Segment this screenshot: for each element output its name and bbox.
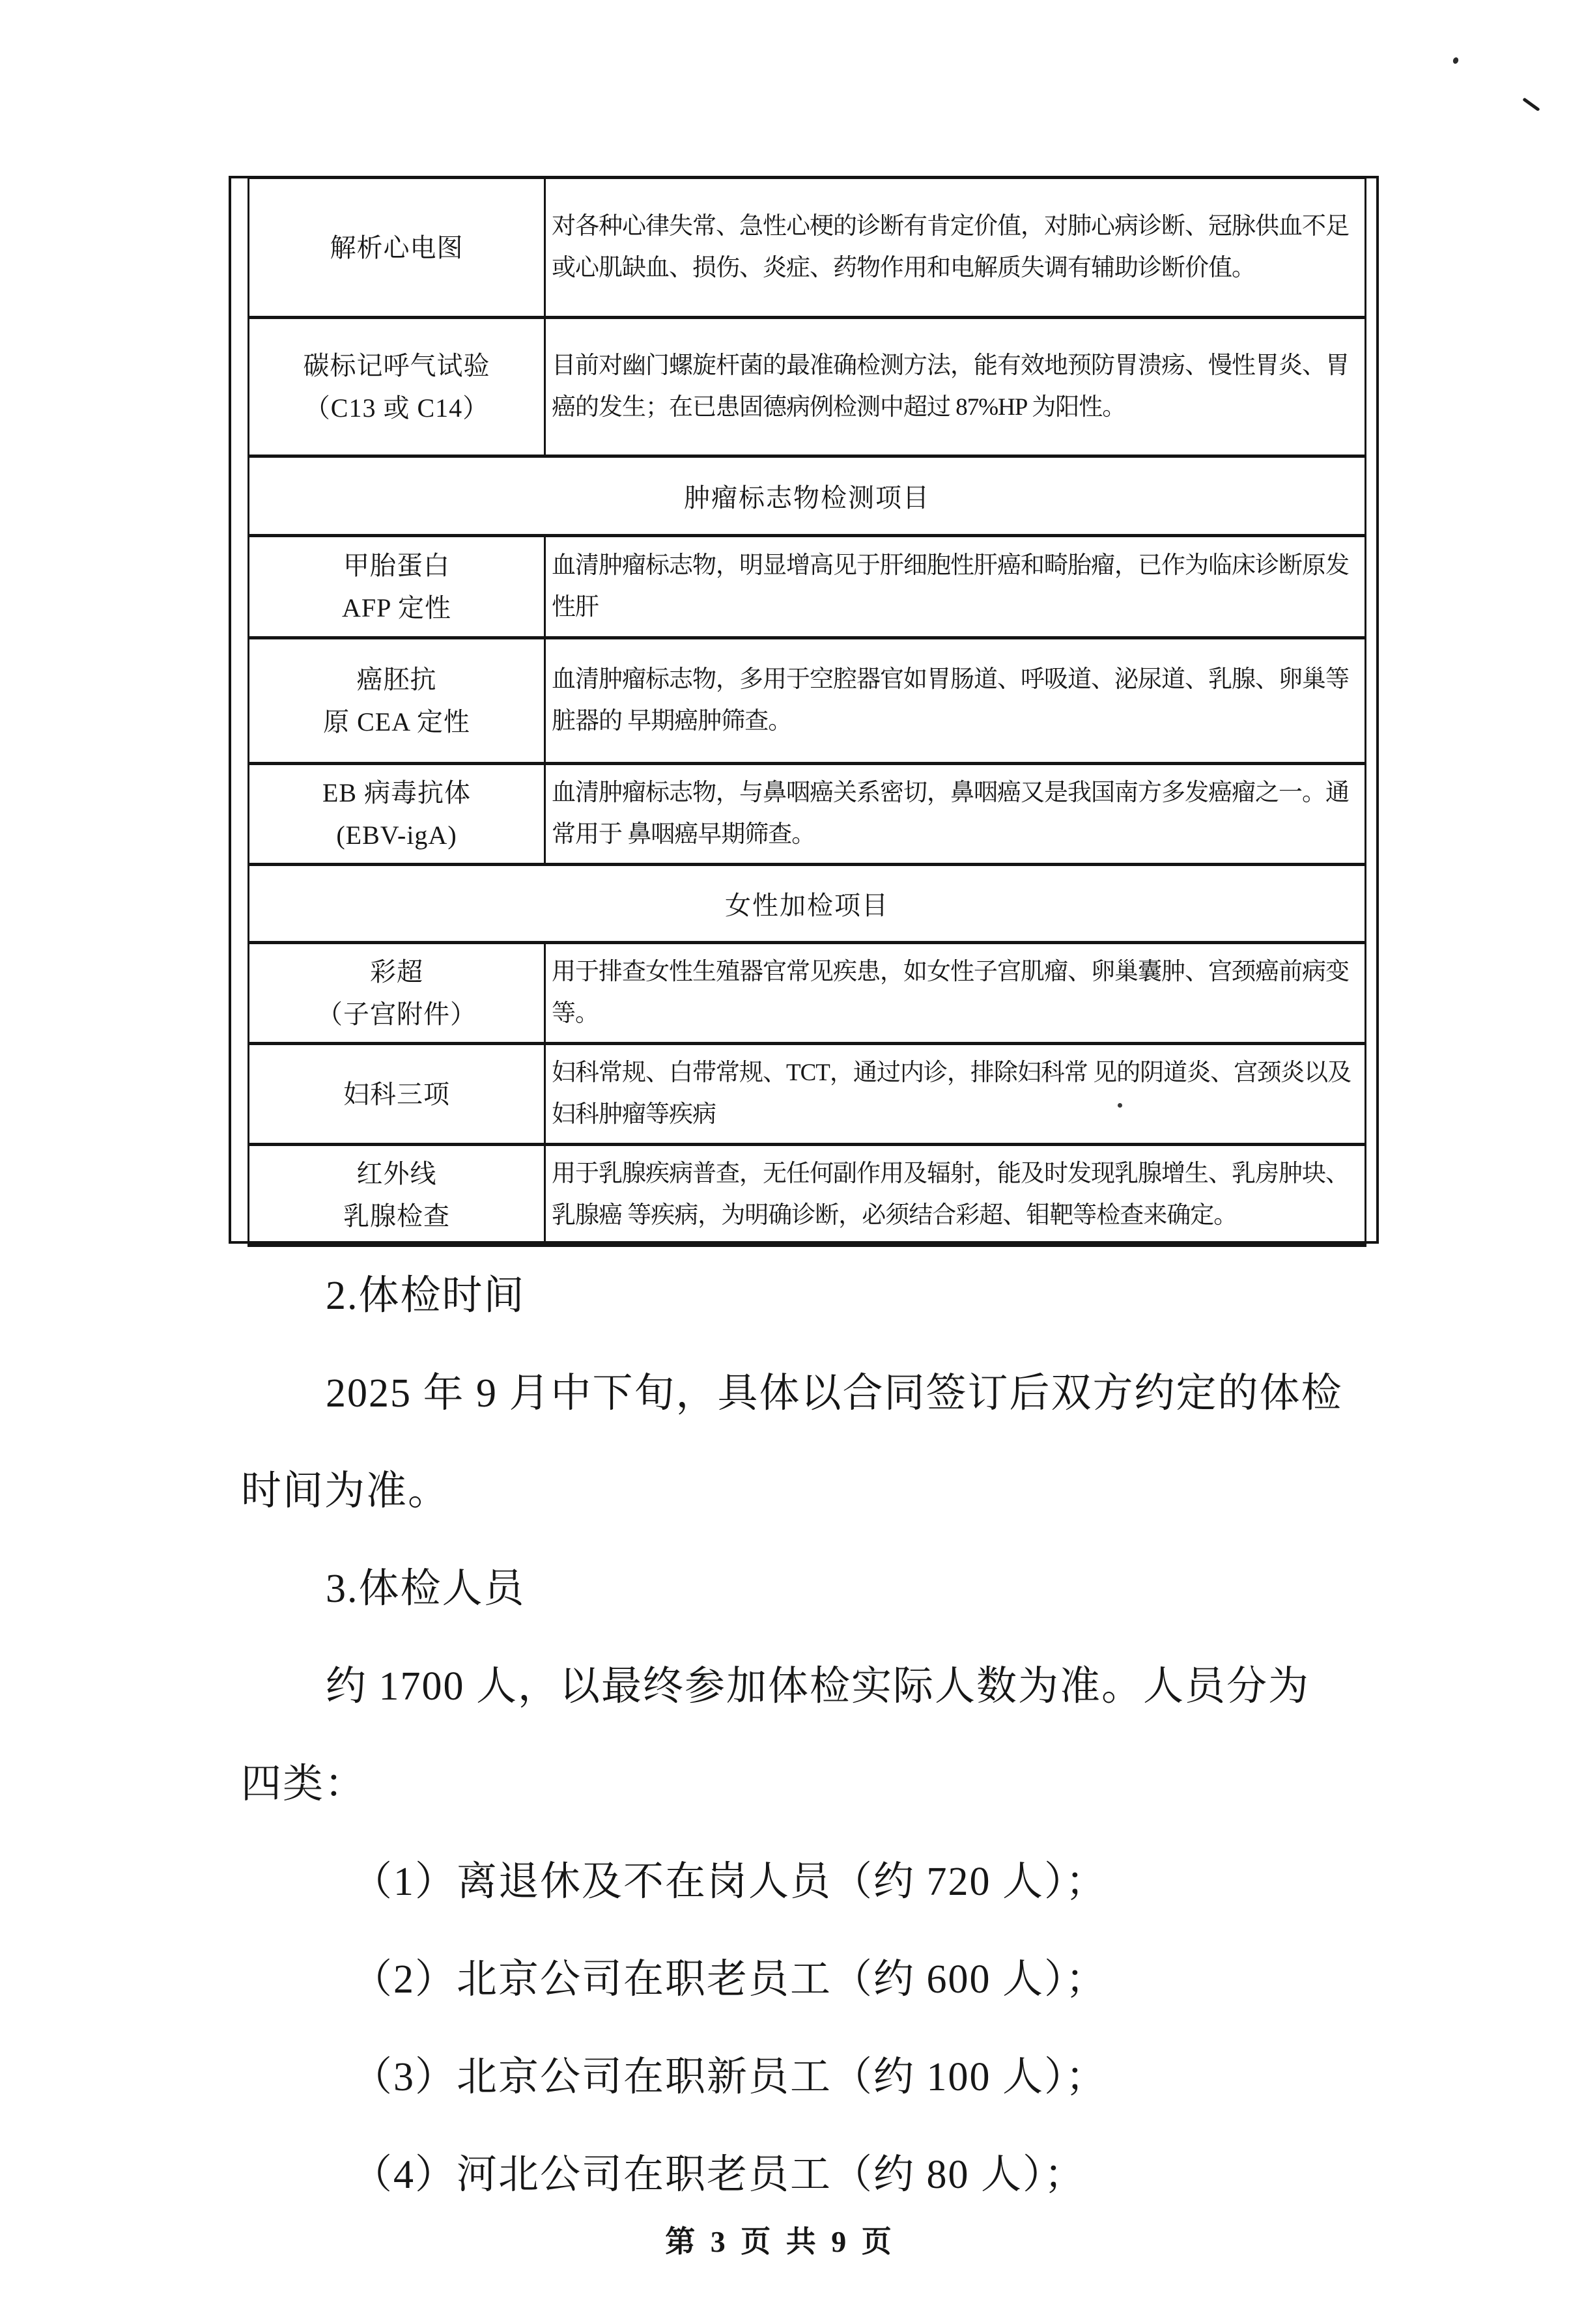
document-body-text: 2.体检时间2025 年 9 月中下旬，具体以合同签订后双方约定的体检时间为准。…	[241, 1247, 1407, 2224]
exam-item-name: 碳标记呼气试验 （C13 或 C14）	[249, 318, 545, 456]
page-number-footer: 第 3 页 共 9 页	[0, 2213, 1561, 2271]
exam-item-name: 红外线 乳腺检查	[249, 1145, 545, 1246]
paragraph-line: （3）北京公司在职新员工（约 100 人）；	[241, 2028, 1407, 2126]
table-section-header: 女性加检项目	[249, 865, 1366, 943]
exam-item-name: 妇科三项	[249, 1044, 545, 1145]
exam-item-name: 癌胚抗 原 CEA 定性	[249, 638, 545, 764]
table-row: 彩超 （子宫附件）用于排查女性生殖器官常见疾患，如女性子宫肌瘤、卵巢囊肿、宫颈癌…	[249, 943, 1366, 1044]
exam-item-description: 用于排查女性生殖器官常见疾患，如女性子宫肌瘤、卵巢囊肿、宫颈癌前病变 等。	[545, 943, 1366, 1044]
table-row: 妇科三项妇科常规、白带常规、TCT，通过内诊，排除妇科常 见的阴道炎、宫颈炎以及…	[249, 1044, 1366, 1145]
paragraph-line: （4）河北公司在职老员工（约 80 人）；	[241, 2126, 1407, 2224]
paragraph-line: （2）北京公司在职老员工（约 600 人）；	[241, 1931, 1407, 2028]
table-row: 甲胎蛋白 AFP 定性血清肿瘤标志物，明显增高见于肝细胞性肝癌和畸胎瘤，已作为临…	[249, 536, 1366, 638]
table-row: 女性加检项目	[249, 865, 1366, 943]
exam-item-description: 血清肿瘤标志物，明显增高见于肝细胞性肝癌和畸胎瘤，已作为临床诊断原发 性肝	[545, 536, 1366, 638]
exam-item-description: 对各种心律失常、急性心梗的诊断有肯定价值，对肺心病诊断、冠脉供血不足 或心肌缺血…	[545, 178, 1366, 318]
table-row: 解析心电图对各种心律失常、急性心梗的诊断有肯定价值，对肺心病诊断、冠脉供血不足 …	[249, 178, 1366, 318]
exam-item-name: 解析心电图	[249, 178, 545, 318]
exam-item-description: 用于乳腺疾病普查，无任何副作用及辐射，能及时发现乳腺增生、乳房肿块、 乳腺癌 等…	[545, 1145, 1366, 1246]
scan-artifact-dot	[1118, 1103, 1122, 1108]
exam-item-name: EB 病毒抗体 (EBV-igA)	[249, 764, 545, 865]
exam-item-description: 血清肿瘤标志物，与鼻咽癌关系密切，鼻咽癌又是我国南方多发癌瘤之一。通 常用于 鼻…	[545, 764, 1366, 865]
exam-item-description: 目前对幽门螺旋杆菌的最准确检测方法，能有效地预防胃溃疡、慢性胃炎、胃 癌的发生；…	[545, 318, 1366, 456]
exam-items-table: 解析心电图对各种心律失常、急性心梗的诊断有肯定价值，对肺心病诊断、冠脉供血不足 …	[247, 176, 1366, 1247]
table-row: 肿瘤标志物检测项目	[249, 456, 1366, 536]
table-row: EB 病毒抗体 (EBV-igA)血清肿瘤标志物，与鼻咽癌关系密切，鼻咽癌又是我…	[249, 764, 1366, 865]
paragraph-line: 时间为准。	[241, 1442, 1407, 1540]
exam-item-description: 妇科常规、白带常规、TCT，通过内诊，排除妇科常 见的阴道炎、宫颈炎以及 妇科肿…	[545, 1044, 1366, 1145]
exam-item-name: 彩超 （子宫附件）	[249, 943, 545, 1044]
paragraph-line: 四类：	[241, 1735, 1407, 1833]
scanned-document-page: 解析心电图对各种心律失常、急性心梗的诊断有肯定价值，对肺心病诊断、冠脉供血不足 …	[0, 0, 1584, 2324]
exam-item-description: 血清肿瘤标志物，多用于空腔器官如胃肠道、呼吸道、泌尿道、乳腺、卵巢等 脏器的 早…	[545, 638, 1366, 764]
table-row: 红外线 乳腺检查用于乳腺疾病普查，无任何副作用及辐射，能及时发现乳腺增生、乳房肿…	[249, 1145, 1366, 1246]
paragraph-line: （1）离退休及不在岗人员（约 720 人）；	[241, 1833, 1407, 1931]
exam-table-body: 解析心电图对各种心律失常、急性心梗的诊断有肯定价值，对肺心病诊断、冠脉供血不足 …	[249, 178, 1366, 1246]
scan-artifact-dot	[1452, 57, 1460, 64]
exam-item-name: 甲胎蛋白 AFP 定性	[249, 536, 545, 638]
paragraph-line: 2025 年 9 月中下旬，具体以合同签订后双方约定的体检	[241, 1345, 1407, 1442]
paragraph-line: 约 1700 人，以最终参加体检实际人数为准。人员分为	[241, 1638, 1407, 1735]
table-row: 癌胚抗 原 CEA 定性血清肿瘤标志物，多用于空腔器官如胃肠道、呼吸道、泌尿道、…	[249, 638, 1366, 764]
table-row: 碳标记呼气试验 （C13 或 C14）目前对幽门螺旋杆菌的最准确检测方法，能有效…	[249, 318, 1366, 456]
paragraph-line: 3.体检人员	[241, 1540, 1407, 1638]
paragraph-line: 2.体检时间	[241, 1247, 1407, 1345]
scan-artifact-tick	[1522, 98, 1540, 112]
table-section-header: 肿瘤标志物检测项目	[249, 456, 1366, 536]
